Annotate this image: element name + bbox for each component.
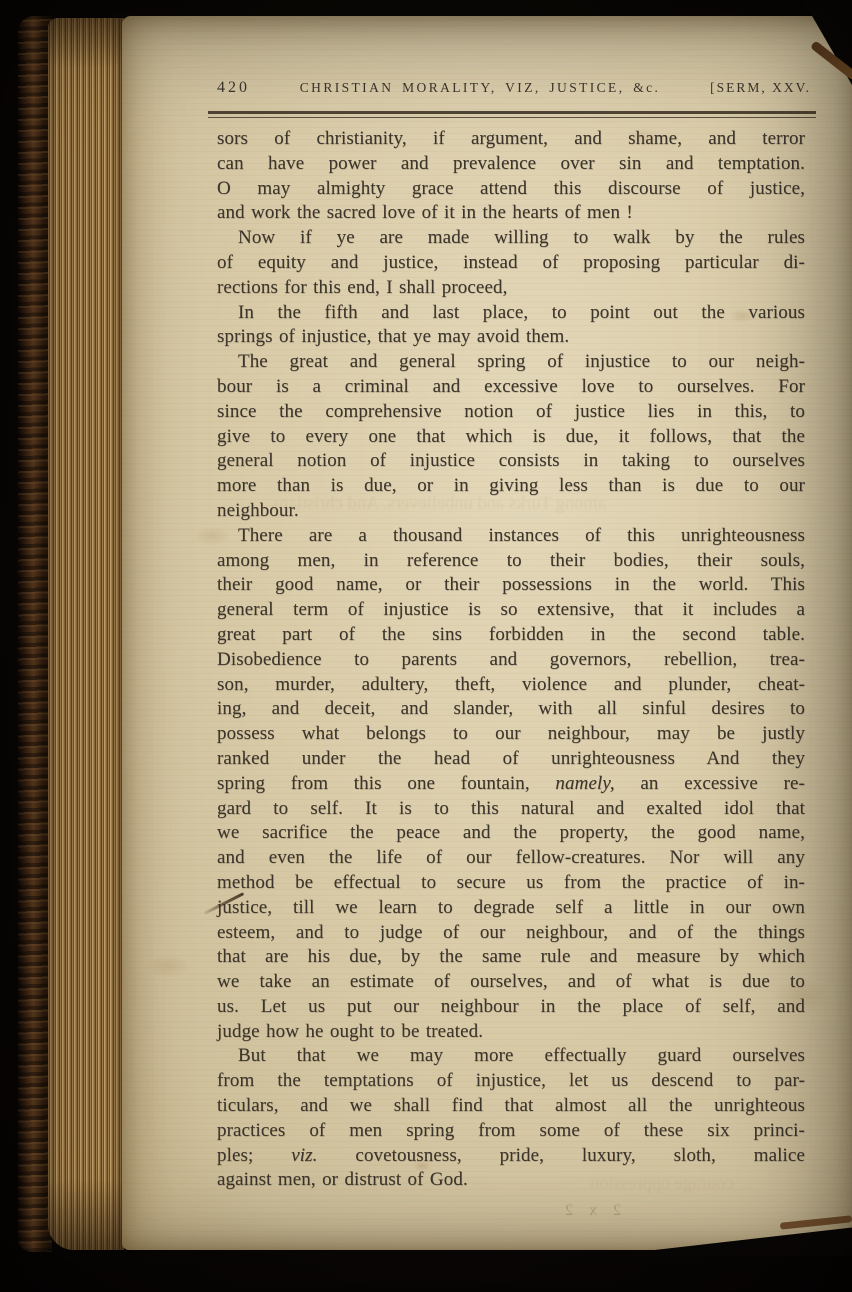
running-title: CHRISTIAN MORALITY, VIZ, JUSTICE, &c. [250, 80, 710, 96]
text-line: gard to self. It is to this natural and … [217, 797, 805, 822]
text-line: ing, and deceit, and slander, with all s… [217, 697, 805, 722]
text-line: general term of injustice is so extensiv… [217, 598, 805, 623]
text-line: their good name, or their possessions in… [217, 573, 805, 598]
text-line: and work the sacred love of it in the he… [217, 201, 805, 226]
text-line: great part of the sins forbidden in the … [217, 623, 805, 648]
book-spine [18, 16, 52, 1252]
text-line: There are a thousand instances of this u… [217, 524, 805, 549]
show-through-text: courage oppression [590, 1174, 733, 1195]
text-line: springs of injustice, that ye may avoid … [217, 325, 805, 350]
text-line: son, murder, adultery, theft, violence a… [217, 673, 805, 698]
text-line: that are his due, by the same rule and m… [217, 945, 805, 970]
italic-term: namely, [555, 773, 614, 794]
text-line: among men, in reference to their bodies,… [217, 549, 805, 574]
text-line: rections for this end, I shall proceed, [217, 276, 805, 301]
text-line: we sacrifice the peace and the property,… [217, 821, 805, 846]
text-line: method be effectual to secure us from th… [217, 871, 805, 896]
header-sermon-label: [SERM, XXV. [710, 80, 811, 96]
text-line: us. Let us put our neighbour in the plac… [217, 995, 805, 1020]
text-line: general notion of injustice consists in … [217, 449, 805, 474]
text-line: spring from this one fountain, namely, a… [217, 772, 805, 797]
text-line: ticulars, and we shall find that almost … [217, 1094, 805, 1119]
text-line: justice, till we learn to degrade self a… [217, 896, 805, 921]
text-line: In the fifth and last place, to point ou… [217, 301, 805, 326]
italic-term: viz. [291, 1145, 317, 1166]
text-line: esteem, and to judge of our neighbour, a… [217, 921, 805, 946]
text-line: The great and general spring of injustic… [217, 350, 805, 375]
book-page: 420 CHRISTIAN MORALITY, VIZ, JUSTICE, &c… [122, 16, 852, 1250]
text-line: we take an estimate of ourselves, and of… [217, 970, 805, 995]
page-number: 420 [217, 79, 250, 97]
book-photo: 420 CHRISTIAN MORALITY, VIZ, JUSTICE, &c… [0, 0, 852, 1292]
text-line: can have power and prevalence over sin a… [217, 152, 805, 177]
header-rule [208, 111, 816, 118]
text-line: of equity and justice, instead of propos… [217, 251, 805, 276]
text-line: bour is a criminal and excessive love to… [217, 375, 805, 400]
text-line: But that we may more effectually guard o… [217, 1044, 805, 1069]
text-line: Disobedience to parents and governors, r… [217, 648, 805, 673]
text-line: judge how he ought to be treated. [217, 1020, 805, 1045]
text-line: give to every one that which is due, it … [217, 425, 805, 450]
text-line: ranked under the head of unrighteousness… [217, 747, 805, 772]
text-line: ples; viz. covetousness, pride, luxury, … [217, 1144, 805, 1169]
text-line: and even the life of our fellow-creature… [217, 846, 805, 871]
text-line: O may almighty grace attend this discour… [217, 177, 805, 202]
text-line: Now if ye are made willing to walk by th… [217, 226, 805, 251]
text-line: since the comprehensive notion of justic… [217, 400, 805, 425]
page-header: 420 CHRISTIAN MORALITY, VIZ, JUSTICE, &c… [217, 79, 811, 97]
text-line: sors of christianity, if argument, and s… [217, 127, 805, 152]
show-through-text: among Turks and unbelievers. And christi… [272, 494, 606, 515]
signature-mark: 2 x 2 [559, 1202, 621, 1220]
page-edges-stack [48, 18, 124, 1250]
text-block: sors of christianity, if argument, and s… [217, 127, 805, 1193]
text-line: practices of men spring from some of the… [217, 1119, 805, 1144]
text-line: from the temptations of injustice, let u… [217, 1069, 805, 1094]
text-line: possess what belongs to our neighbour, m… [217, 722, 805, 747]
